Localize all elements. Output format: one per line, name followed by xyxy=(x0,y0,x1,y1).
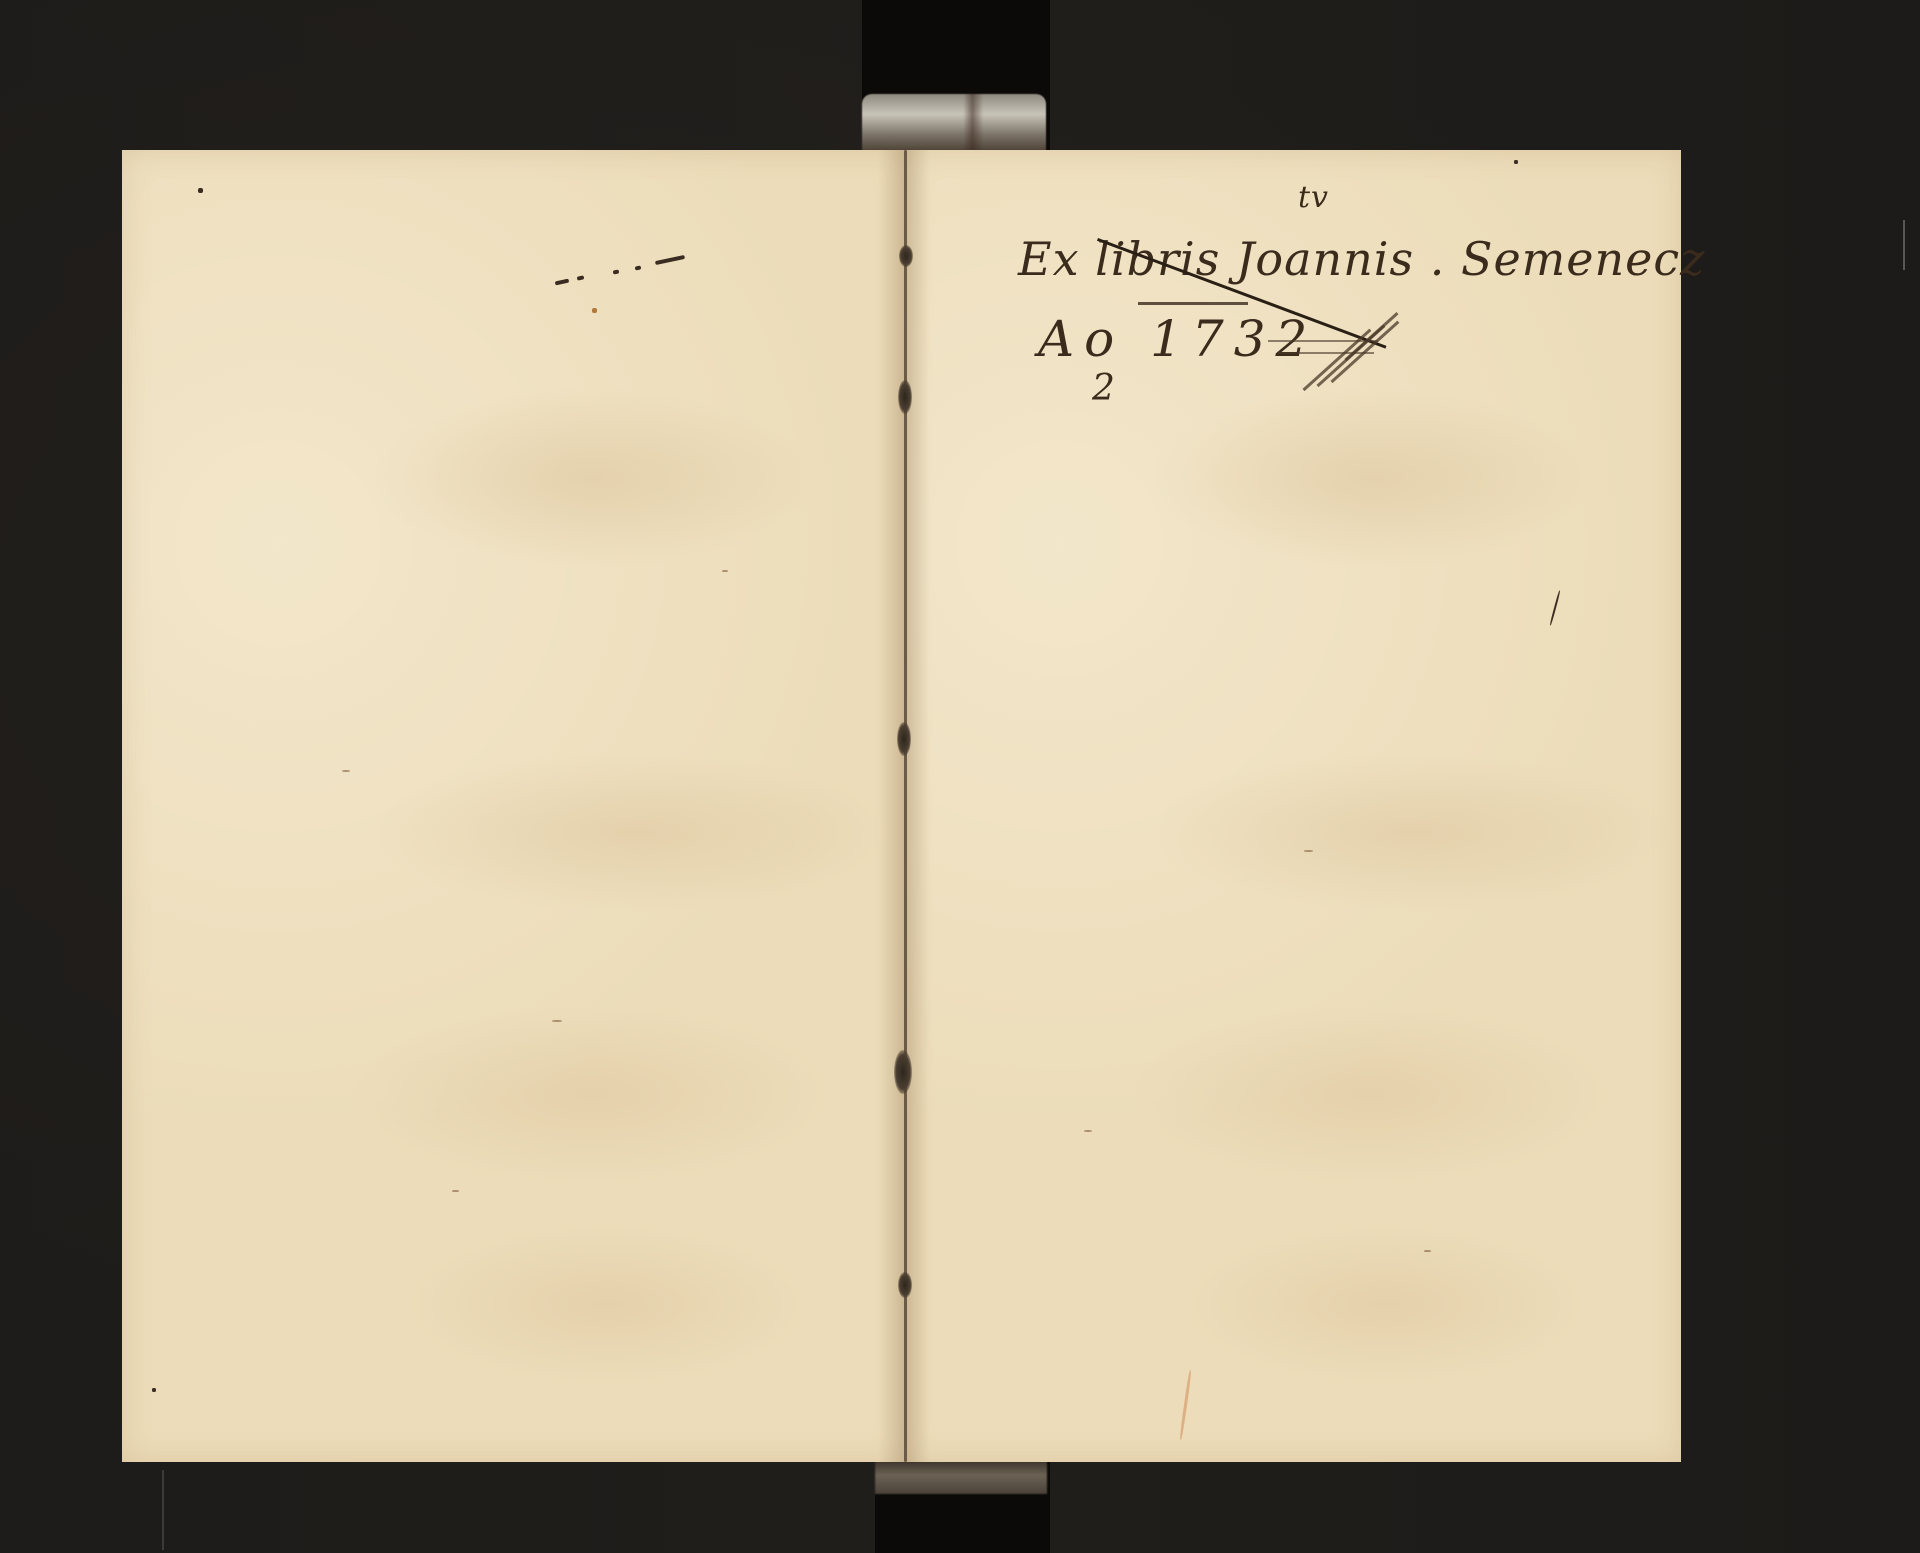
inscription-owner-line: Ex libris Joannis . Semenecz xyxy=(1018,232,1705,286)
hatch-stroke xyxy=(1268,340,1378,342)
paper-fleck xyxy=(592,308,597,313)
inscription-subscript: 2 xyxy=(1092,368,1115,409)
sewing-hole xyxy=(898,380,912,414)
paper-fleck xyxy=(552,1020,562,1022)
headband xyxy=(862,94,1046,152)
paper-fleck xyxy=(152,1388,156,1392)
book-gutter xyxy=(904,150,907,1462)
ex-libris-inscription: tv Ex libris Joannis . Semenecz Ao 1732 … xyxy=(1010,180,1650,440)
background-scratch xyxy=(162,1470,164,1550)
paper-fleck xyxy=(452,1190,459,1192)
background-scratch xyxy=(1903,220,1905,270)
paper-fleck xyxy=(1424,1250,1431,1252)
paper-fleck xyxy=(198,188,203,193)
paper-fleck xyxy=(1084,1130,1092,1132)
paper-fleck xyxy=(1549,590,1560,625)
scan-background: tv Ex libris Joannis . Semenecz Ao 1732 … xyxy=(0,0,1920,1553)
hatch-stroke xyxy=(1278,352,1374,354)
sewing-hole xyxy=(897,722,911,756)
inscription-year-line: Ao 1732 xyxy=(1038,310,1317,368)
paper-fleck xyxy=(1304,850,1313,852)
paper-fleck xyxy=(1514,160,1518,164)
pencil-marks xyxy=(555,250,695,290)
tailband xyxy=(875,1460,1047,1494)
sewing-hole xyxy=(899,245,913,267)
sewing-hole xyxy=(894,1050,912,1094)
left-page xyxy=(122,150,904,1462)
paper-fleck xyxy=(342,770,350,772)
inscription-superscript: tv xyxy=(1298,180,1329,215)
sewing-hole xyxy=(898,1272,912,1298)
paper-fleck xyxy=(1179,1370,1192,1440)
underline-stroke xyxy=(1138,302,1248,305)
paper-fleck xyxy=(722,570,728,572)
